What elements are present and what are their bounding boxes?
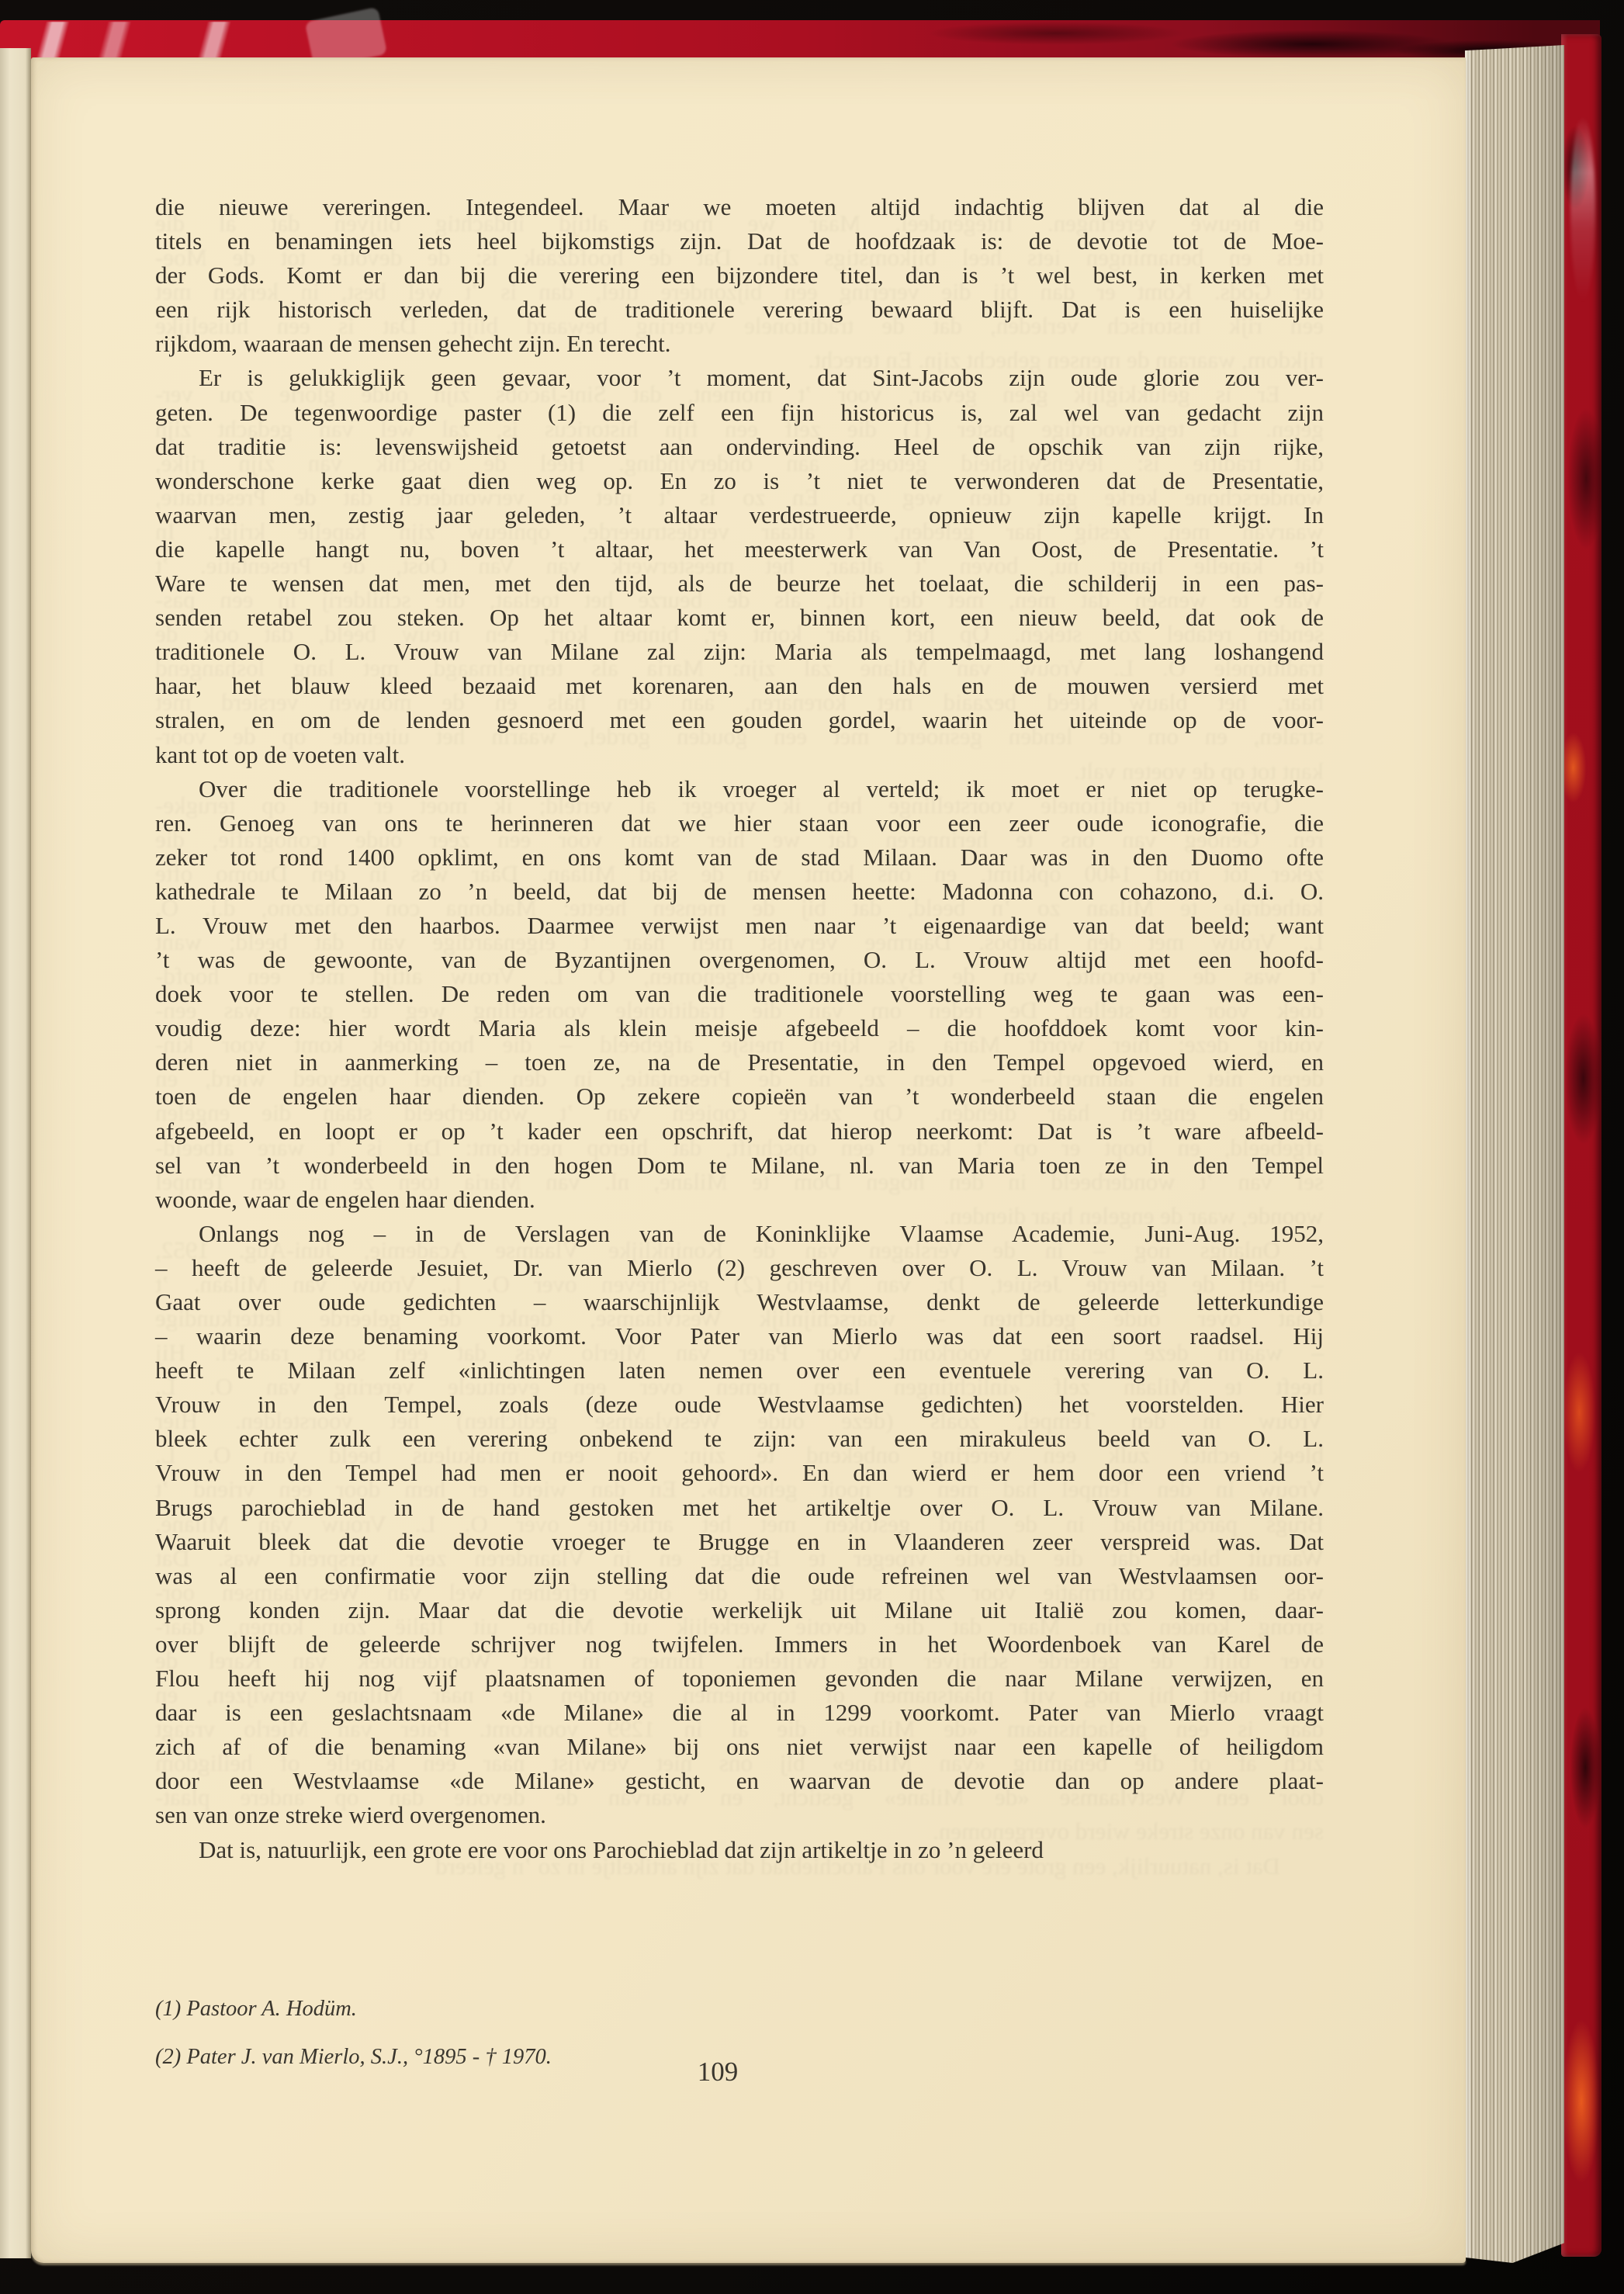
text-line: ren. Genoeg van ons te herinneren dat we… [155, 806, 1324, 840]
text-line: toen de engelen haar dienden. Op zekere … [155, 1079, 1324, 1114]
text-line: Onlangs nog – in de Verslagen van de Kon… [155, 1217, 1324, 1251]
book-cover-marbled-edge [1561, 34, 1601, 2257]
text-line: die kapelle hangt nu, boven ’t altaar, h… [155, 532, 1324, 567]
text-line: sen van onze streke wierd overgenomen. [155, 1798, 1324, 1832]
text-line: haar, het blauw kleed bezaaid met korena… [155, 669, 1324, 703]
text-line: rijkdom, waaraan de mensen gehecht zijn.… [155, 327, 1324, 361]
text-line: – heeft de geleerde Jesuiet, Dr. van Mie… [155, 1251, 1324, 1285]
text-line: door een Westvlaamse «de Milane» gestich… [155, 1764, 1324, 1798]
text-line: senden retabel zou steken. Op het altaar… [155, 601, 1324, 635]
text-line: was al een confirmatie voor zijn stellin… [155, 1559, 1324, 1593]
text-line: Gaat over oude gedichten – waarschijnlij… [155, 1285, 1324, 1319]
text-line: Vrouw in den Tempel had men er nooit geh… [155, 1456, 1324, 1490]
text-line: afgebeeld, en loopt er op ’t kader een o… [155, 1114, 1324, 1149]
text-line: kathedrale te Milaan zo ’n beeld, dat bi… [155, 875, 1324, 909]
text-line: Brugs parochieblad in de hand gestoken m… [155, 1491, 1324, 1525]
text-line: daar is een geslachtsnaam «de Milane» di… [155, 1696, 1324, 1730]
text-line: die nieuwe vereringen. Integendeel. Maar… [155, 190, 1324, 224]
text-line: L. Vrouw met den haarbos. Daarmee verwij… [155, 909, 1324, 943]
text-line: zeker tot rond 1400 opklimt, en ons komt… [155, 840, 1324, 875]
text-line: waarvan men, zestig jaar geleden, ’t alt… [155, 498, 1324, 532]
text-line: Waaruit bleek dat die devotie vroeger te… [155, 1525, 1324, 1559]
underlying-page-edge [0, 48, 31, 2258]
text-line: Flou heeft hij nog vijf plaatsnamen of t… [155, 1662, 1324, 1696]
text-line: Dat is, natuurlijk, een grote ere voor o… [155, 1833, 1324, 1867]
text-line: sprong konden zijn. Maar dat die devotie… [155, 1593, 1324, 1627]
text-line: dat traditie is: levenswijsheid getoetst… [155, 430, 1324, 464]
text-line: voudig deze: hier wordt Maria als klein … [155, 1011, 1324, 1045]
text-line: titels en benamingen iets heel bijkomsti… [155, 224, 1324, 258]
text-line: sel van ’t wonderbeeld in den hogen Dom … [155, 1149, 1324, 1183]
page-number: 109 [155, 2057, 1280, 2088]
text-line: bleek echter zulk een verering onbekend … [155, 1422, 1324, 1456]
text-line: Vrouw in den Tempel, zoals (deze oude We… [155, 1388, 1324, 1422]
text-line: Over die traditionele voorstellinge heb … [155, 772, 1324, 806]
text-line: doek voor te stellen. De reden om van di… [155, 977, 1324, 1011]
plastic-wrap-glare-right [1570, 116, 1595, 303]
text-line: heeft te Milaan zelf «inlichtingen laten… [155, 1353, 1324, 1388]
text-line: Ware te wensen dat men, met den tijd, al… [155, 567, 1324, 601]
text-line: over blijft de geleerde schrijver nog tw… [155, 1627, 1324, 1662]
text-line: deren niet in aanmerking – toen ze, na d… [155, 1045, 1324, 1079]
text-line: zich af of die benaming «van Milane» bij… [155, 1730, 1324, 1764]
page-stack-fore-edge [1465, 45, 1564, 2263]
text-line: wonderschone kerke gaat dien weg op. En … [155, 464, 1324, 498]
text-line: ’t was de gewoonte, van de Byzantijnen o… [155, 943, 1324, 977]
text-line: woonde, waar de engelen haar dienden. [155, 1183, 1324, 1217]
text-line: stralen, en om de lenden gesnoerd met ee… [155, 703, 1324, 737]
text-line: een rijk historisch verleden, dat de tra… [155, 293, 1324, 327]
text-line: geten. De tegenwoordige paster (1) die z… [155, 396, 1324, 430]
text-line: kant tot op de voeten valt. [155, 738, 1324, 772]
body-text: die nieuwe vereringen. Integendeel. Maar… [155, 190, 1324, 1867]
book-page: die nieuwe vereringen. Integendeel. Maar… [31, 57, 1466, 2263]
scanned-book-photo: die nieuwe vereringen. Integendeel. Maar… [0, 0, 1624, 2294]
text-line: – waarin deze benaming voorkomt. Voor Pa… [155, 1319, 1324, 1353]
text-line: Er is gelukkiglijk geen gevaar, voor ’t … [155, 361, 1324, 395]
text-line: der Gods. Komt er dan bij die verering e… [155, 258, 1324, 293]
footnote: (1) Pastoor A. Hodüm. [155, 1994, 1164, 2024]
text-line: traditionele O. L. Vrouw van Milane zal … [155, 635, 1324, 669]
